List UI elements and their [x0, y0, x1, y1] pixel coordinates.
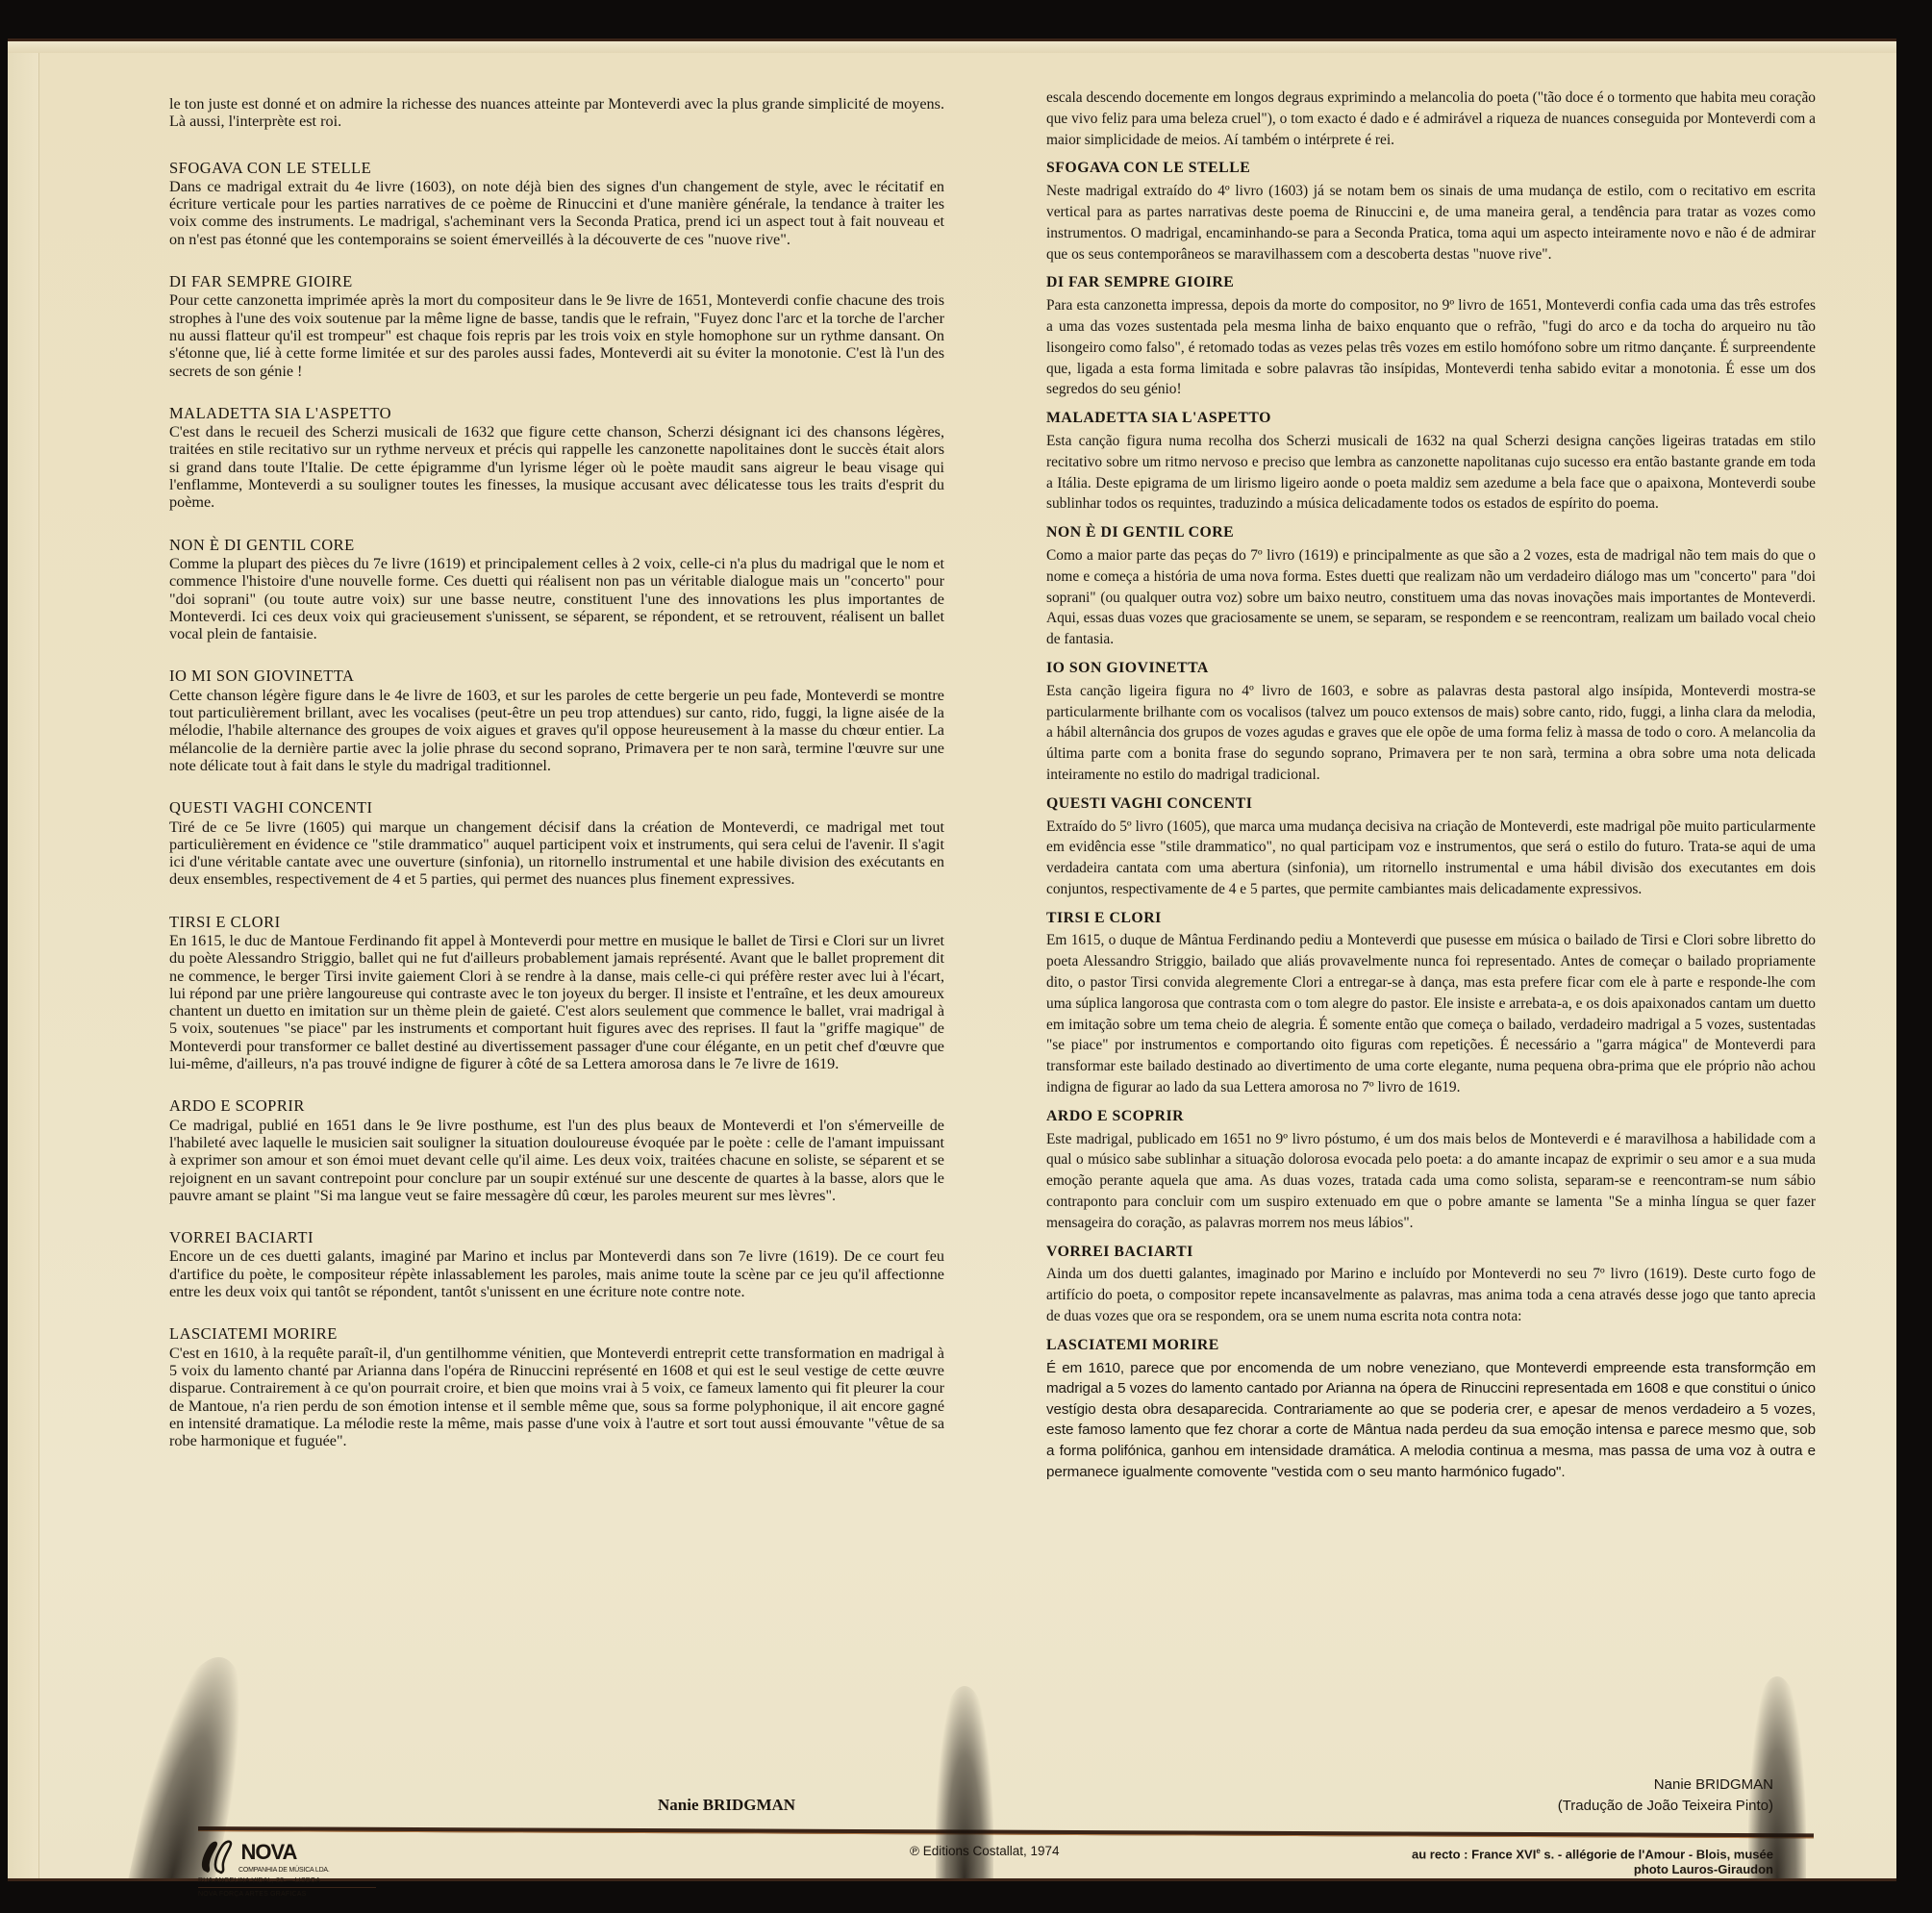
publisher-subtitle: COMPANHIA DE MÚSICA LDA.: [238, 1867, 376, 1874]
section-heading: MALADETTA SIA L'ASPETTO: [169, 405, 944, 422]
section-heading: DI FAR SEMPRE GIOIRE: [169, 273, 944, 290]
portuguese-author-signature: Nanie BRIDGMAN: [1558, 1775, 1773, 1796]
section-heading: VORREI BACIARTI: [169, 1229, 944, 1246]
section-text: Para esta canzonetta impressa, depois da…: [1046, 295, 1816, 400]
section-heading: SFOGAVA CON LE STELLE: [169, 160, 944, 177]
section-heading: TIRSI E CLORI: [1046, 908, 1816, 929]
clip-shadow-center: [936, 1686, 993, 1878]
section-heading: LASCIATEMI MORIRE: [169, 1325, 944, 1343]
section-text: Pour cette canzonetta imprimée après la …: [169, 291, 944, 379]
fr-section-ardo-e-scoprir: ARDO E SCOPRIR Ce madrigal, publié en 16…: [169, 1097, 944, 1204]
section-heading: ARDO E SCOPRIR: [1046, 1106, 1816, 1127]
section-text: Esta canção figura numa recolha dos Sche…: [1046, 431, 1816, 515]
pt-section-ardo-e-scoprir: ARDO E SCOPRIR Este madrigal, publicado …: [1046, 1106, 1816, 1234]
photo-credit: photo Lauros-Giraudon: [1412, 1862, 1773, 1877]
section-text: En 1615, le duc de Mantoue Ferdinando fi…: [169, 932, 944, 1072]
publisher-name: NOVA: [240, 1840, 296, 1865]
section-text: Como a maior parte das peças do 7º livro…: [1046, 545, 1816, 650]
section-text: C'est dans le recueil des Scherzi musica…: [169, 423, 944, 511]
fr-section-di-far-sempre: DI FAR SEMPRE GIOIRE Pour cette canzonet…: [169, 273, 944, 380]
pt-section-di-far-sempre: DI FAR SEMPRE GIOIRE Para esta canzonett…: [1046, 272, 1816, 400]
section-text: C'est en 1610, à la requête paraît-il, d…: [169, 1345, 944, 1450]
french-liner-notes-column: le ton juste est donné et on admire la r…: [169, 95, 944, 1474]
section-text: Dans ce madrigal extrait du 4e livre (16…: [169, 178, 944, 248]
fr-section-sfogava: SFOGAVA CON LE STELLE Dans ce madrigal e…: [169, 160, 944, 248]
section-heading: SFOGAVA CON LE STELLE: [1046, 158, 1816, 179]
credit-text: s. - allégorie de l'Amour - Blois, musée: [1541, 1847, 1773, 1861]
pt-section-tirsi-e-clori: TIRSI E CLORI Em 1615, o duque de Mântua…: [1046, 908, 1816, 1098]
french-intro-paragraph: le ton juste est donné et on admire la r…: [169, 95, 944, 131]
section-heading: TIRSI E CLORI: [169, 914, 944, 931]
section-heading: DI FAR SEMPRE GIOIRE: [1046, 272, 1816, 293]
pt-section-maladetta: MALADETTA SIA L'ASPETTO Esta canção figu…: [1046, 408, 1816, 515]
section-text: Ainda um dos duetti galantes, imaginado …: [1046, 1264, 1816, 1326]
section-heading: IO SON GIOVINETTA: [1046, 658, 1816, 679]
french-author-signature: Nanie BRIDGMAN: [658, 1796, 795, 1815]
section-text: É em 1610, parece que por encomenda de u…: [1046, 1358, 1816, 1483]
section-text: Em 1615, o duque de Mântua Ferdinando pe…: [1046, 930, 1816, 1097]
portuguese-liner-notes-column: escala descendo docemente em longos degr…: [1046, 88, 1816, 1490]
pt-section-vorrei-baciarti: VORREI BACIARTI Ainda um dos duetti gala…: [1046, 1242, 1816, 1327]
section-text: Encore un de ces duetti galants, imaginé…: [169, 1247, 944, 1300]
portuguese-intro-paragraph: escala descendo docemente em longos degr…: [1046, 88, 1816, 150]
printer-credit: NOVA FORÇA ARTES GRAFICAS: [198, 1891, 376, 1898]
clip-shadow-right: [1748, 1676, 1806, 1878]
pt-section-questi-vaghi: QUESTI VAGHI CONCENTI Extraído do 5º liv…: [1046, 793, 1816, 900]
fr-section-non-e-di-gentil: NON È DI GENTIL CORE Comme la plupart de…: [169, 537, 944, 643]
sleeve-spine-edge: [8, 53, 39, 1878]
fr-section-maladetta: MALADETTA SIA L'ASPETTO C'est dans le re…: [169, 405, 944, 512]
section-heading: IO MI SON GIOVINETTA: [169, 667, 944, 685]
pt-section-lasciatemi-morire: LASCIATEMI MORIRE É em 1610, parece que …: [1046, 1335, 1816, 1482]
section-text: Comme la plupart des pièces du 7e livre …: [169, 555, 944, 642]
footer-divider-rule: [198, 1826, 1814, 1838]
fr-section-io-mi-son: IO MI SON GIOVINETTA Cette chanson légèr…: [169, 667, 944, 774]
section-heading: NON È DI GENTIL CORE: [169, 537, 944, 554]
section-text: Ce madrigal, publié en 1651 dans le 9e l…: [169, 1117, 944, 1204]
section-text: Extraído do 5º livro (1605), que marca u…: [1046, 817, 1816, 900]
section-heading: NON È DI GENTIL CORE: [1046, 522, 1816, 543]
fr-section-tirsi-e-clori: TIRSI E CLORI En 1615, le duc de Mantoue…: [169, 914, 944, 1073]
section-heading: QUESTI VAGHI CONCENTI: [1046, 793, 1816, 815]
publisher-logo-block: NOVA COMPANHIA DE MÚSICA LDA. RUA ANGELI…: [198, 1838, 376, 1898]
translator-credit: (Tradução de João Teixeira Pinto): [1558, 1796, 1773, 1817]
section-heading: QUESTI VAGHI CONCENTI: [169, 799, 944, 817]
credit-text: au recto : France XVI: [1412, 1847, 1536, 1861]
section-text: Tiré de ce 5e livre (1605) qui marque un…: [169, 818, 944, 889]
fr-section-questi-vaghi: QUESTI VAGHI CONCENTI Tiré de ce 5e livr…: [169, 799, 944, 888]
section-heading: VORREI BACIARTI: [1046, 1242, 1816, 1263]
publisher-address: RUA ANGELINA VIDAL, 23 — LISBOA: [198, 1877, 376, 1888]
cover-art-credit-line1: au recto : France XVIe s. - allégorie de…: [1412, 1844, 1773, 1862]
pt-section-non-e-di-gentil: NON È DI GENTIL CORE Como a maior parte …: [1046, 522, 1816, 650]
section-text: Cette chanson légère figure dans le 4e l…: [169, 687, 944, 774]
section-heading: LASCIATEMI MORIRE: [1046, 1335, 1816, 1356]
section-heading: ARDO E SCOPRIR: [169, 1097, 944, 1115]
record-sleeve-back: le ton juste est donné et on admire la r…: [8, 38, 1896, 1881]
pt-section-io-son: IO SON GIOVINETTA Esta canção ligeira fi…: [1046, 658, 1816, 786]
portuguese-signature-block: Nanie BRIDGMAN (Tradução de João Teixeir…: [1558, 1775, 1773, 1817]
section-text: Esta canção ligeira figura no 4º livro d…: [1046, 681, 1816, 786]
pt-section-sfogava: SFOGAVA CON LE STELLE Neste madrigal ext…: [1046, 158, 1816, 264]
section-text: Neste madrigal extraído do 4º livro (160…: [1046, 181, 1816, 264]
cover-art-credit: au recto : France XVIe s. - allégorie de…: [1412, 1844, 1773, 1877]
fr-section-lasciatemi-morire: LASCIATEMI MORIRE C'est en 1610, à la re…: [169, 1325, 944, 1449]
section-text: Este madrigal, publicado em 1651 no 9º l…: [1046, 1129, 1816, 1234]
fr-section-vorrei-baciarti: VORREI BACIARTI Encore un de ces duetti …: [169, 1229, 944, 1300]
section-heading: MALADETTA SIA L'ASPETTO: [1046, 408, 1816, 429]
